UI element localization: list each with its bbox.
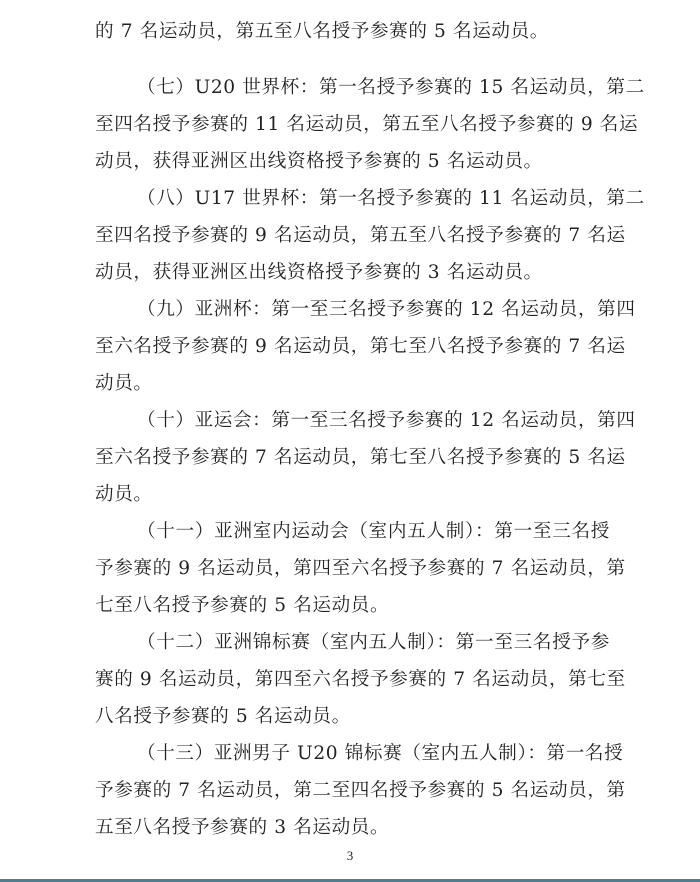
- text-line: （十）亚运会：第一至三名授予参赛的 12 名运动员，第四: [137, 406, 610, 436]
- text-line: 赛的 9 名运动员，第四至六名授予参赛的 7 名运动员，第七至: [95, 665, 610, 695]
- text-line: 至六名授予参赛的 9 名运动员，第七至八名授予参赛的 7 名运: [95, 332, 610, 362]
- text-line: （十二）亚洲锦标赛（室内五人制）：第一至三名授予参: [137, 628, 610, 658]
- text-line: 动员。: [95, 369, 610, 399]
- text-line: 动员。: [95, 480, 610, 510]
- text-line: （九）亚洲杯：第一至三名授予参赛的 12 名运动员，第四: [137, 295, 610, 325]
- text-line: （十三）亚洲男子 U20 锦标赛（室内五人制）：第一名授: [137, 739, 610, 769]
- document-page: 的 7 名运动员，第五至八名授予参赛的 5 名运动员。（七）U20 世界杯：第一…: [0, 0, 700, 882]
- page-number: 3: [0, 848, 700, 864]
- text-line: 予参赛的 9 名运动员，第四至六名授予参赛的 7 名运动员，第: [95, 554, 610, 584]
- text-line: 予参赛的 7 名运动员，第二至四名授予参赛的 5 名运动员，第: [95, 776, 610, 806]
- text-line: （八）U17 世界杯：第一名授予参赛的 11 名运动员，第二: [137, 184, 610, 214]
- text-line: 至六名授予参赛的 7 名运动员，第七至八名授予参赛的 5 名运: [95, 443, 610, 473]
- text-line: 七至八名授予参赛的 5 名运动员。: [95, 591, 610, 621]
- text-line: 五至八名授予参赛的 3 名运动员。: [95, 813, 610, 843]
- text-line: 动员，获得亚洲区出线资格授予参赛的 3 名运动员。: [95, 258, 610, 288]
- text-line: （十一）亚洲室内运动会（室内五人制）：第一至三名授: [137, 517, 610, 547]
- text-line: 至四名授予参赛的 11 名运动员，第五至八名授予参赛的 9 名运: [95, 110, 610, 140]
- text-line: 至四名授予参赛的 9 名运动员，第五至八名授予参赛的 7 名运: [95, 221, 610, 251]
- text-line: （七）U20 世界杯：第一名授予参赛的 15 名运动员，第二: [137, 73, 610, 103]
- text-line: 的 7 名运动员，第五至八名授予参赛的 5 名运动员。: [95, 17, 610, 47]
- text-line: 八名授予参赛的 5 名运动员。: [95, 702, 610, 732]
- text-line: 动员，获得亚洲区出线资格授予参赛的 5 名运动员。: [95, 147, 610, 177]
